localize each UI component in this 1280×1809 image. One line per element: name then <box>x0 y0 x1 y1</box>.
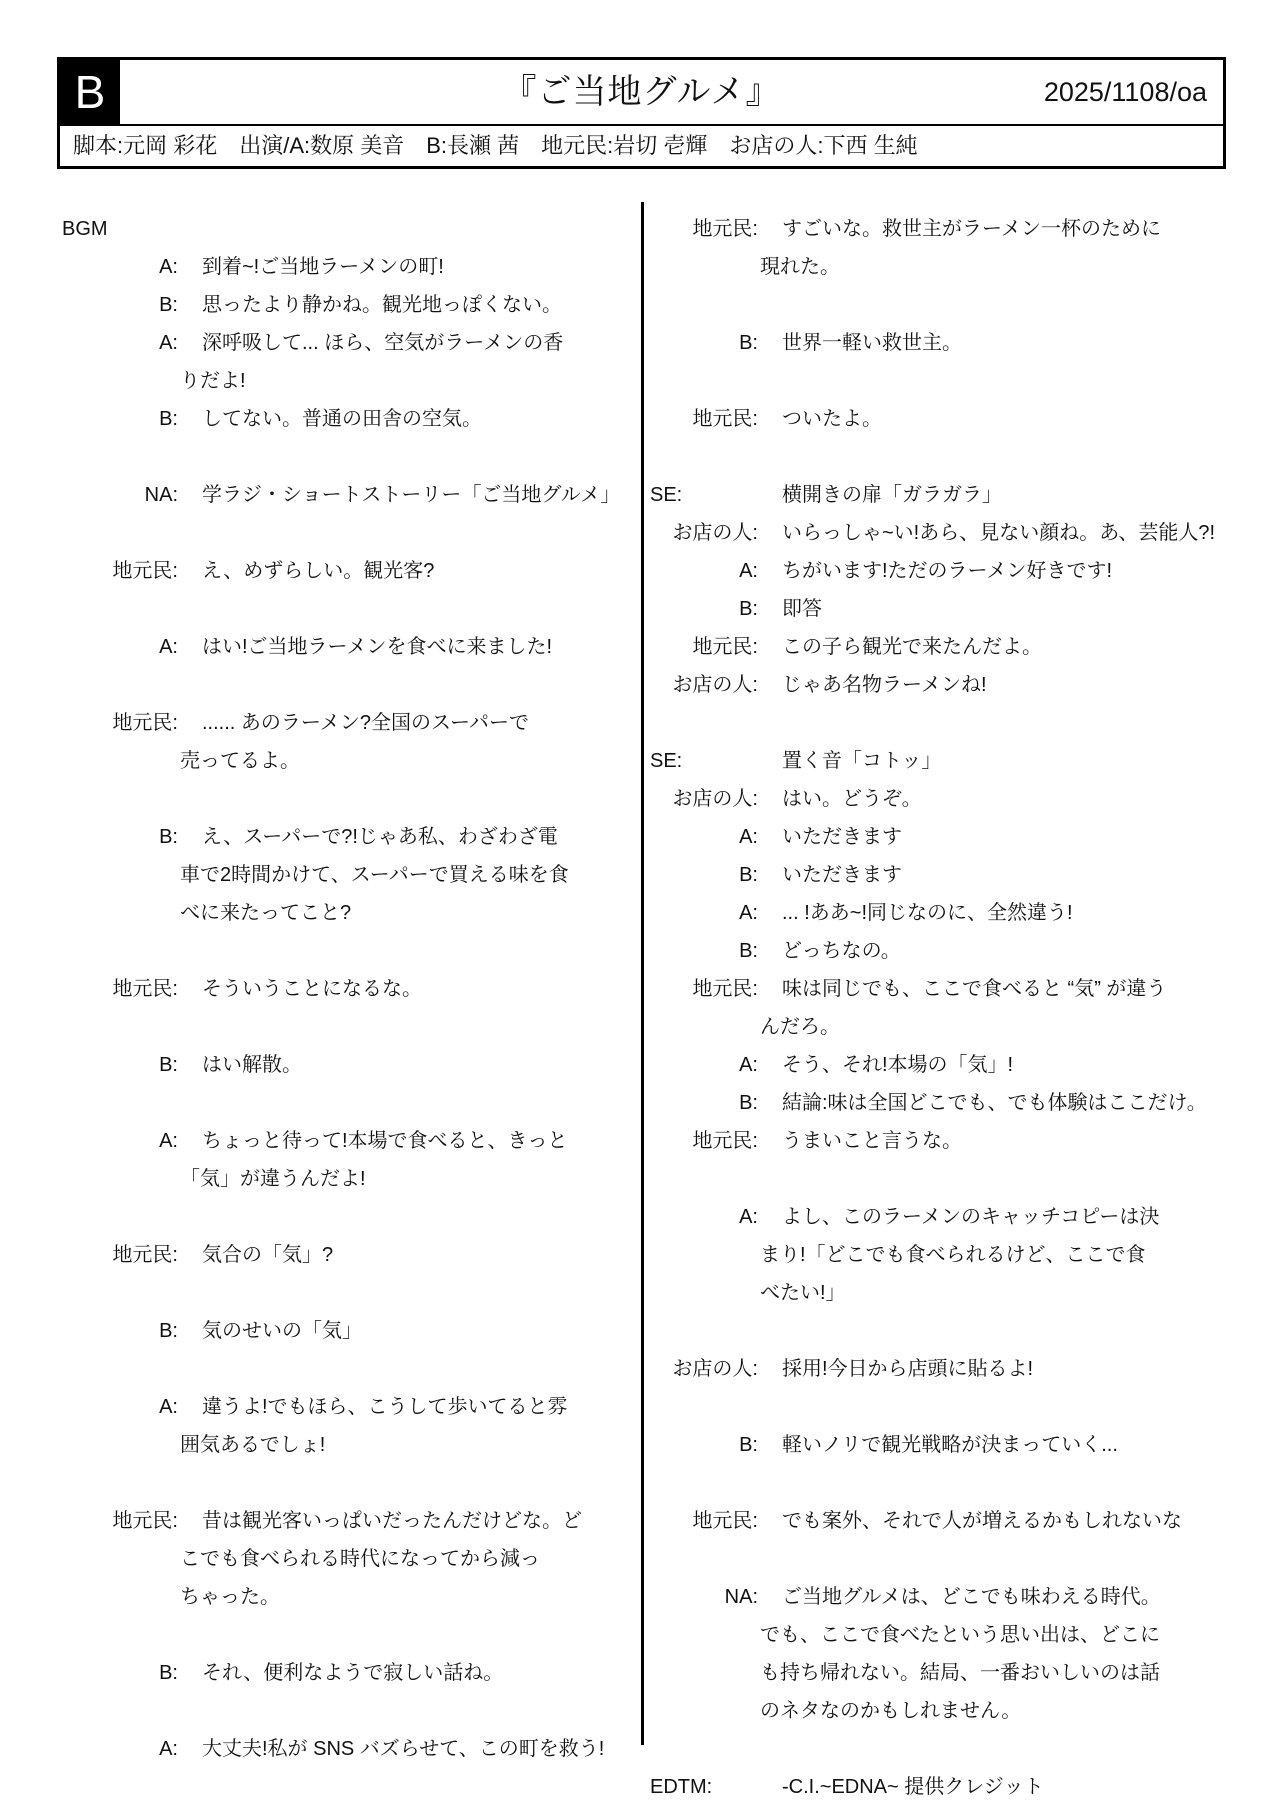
script-column-left: BGMA:到着~!ご当地ラーメンの町!B:思ったより静かね。観光地っぽくない。A… <box>62 210 637 1768</box>
speaker-label: B: <box>650 590 758 628</box>
cue-line: SE:横開きの扉「ガラガラ」 <box>650 476 1216 514</box>
dialogue-text: そういうことになるな。 <box>180 970 637 1008</box>
dialogue-text: この子ら観光で来たんだよ。 <box>760 628 1216 666</box>
speaker-label: SE: <box>650 742 758 780</box>
dialogue-line: 地元民:この子ら観光で来たんだよ。 <box>650 628 1216 666</box>
dialogue-text: そう、それ!本場の「気」! <box>760 1046 1216 1084</box>
dialogue-text: ちょっと待って!本場で食べると、きっと 「気」が違うんだよ! <box>180 1122 637 1198</box>
dialogue-text: はい!ご当地ラーメンを食べに来ました! <box>180 628 637 666</box>
speaker-label: 地元民: <box>62 1502 178 1540</box>
radio-script-page: B 『ご当地グルメ』 2025/1108/oa 脚本:元岡 彩花 出演/A:数原… <box>0 0 1280 1809</box>
dialogue-text: いただきます <box>760 818 1216 856</box>
speaker-label: A: <box>62 1388 178 1426</box>
dialogue-text: 横開きの扉「ガラガラ」 <box>760 476 1216 514</box>
speaker-label: お店の人: <box>650 514 758 552</box>
dialogue-text: うまいこと言うな。 <box>760 1122 1216 1160</box>
header: B 『ご当地グルメ』 2025/1108/oa 脚本:元岡 彩花 出演/A:数原… <box>57 57 1226 169</box>
speaker-label: B: <box>62 1312 178 1350</box>
dialogue-text: 結論:味は全国どこでも、でも体験はここだけ。 <box>760 1084 1216 1122</box>
speaker-label: B: <box>650 856 758 894</box>
dialogue-text: じゃあ名物ラーメンね! <box>760 666 1216 704</box>
dialogue-text: 思ったより静かね。観光地っぽくない。 <box>180 286 637 324</box>
dialogue-line: B:え、スーパーで?!じゃあ私、わざわざ電 車で2時間かけて、スーパーで買える味… <box>62 818 637 932</box>
dialogue-text: ついたよ。 <box>760 400 1216 438</box>
speaker-label: B: <box>650 1084 758 1122</box>
dialogue-text: え、スーパーで?!じゃあ私、わざわざ電 車で2時間かけて、スーパーで買える味を食… <box>180 818 637 932</box>
dialogue-line: 地元民:え、めずらしい。観光客? <box>62 552 637 590</box>
dialogue-line: B:それ、便利なようで寂しい話ね。 <box>62 1654 637 1692</box>
dialogue-line: 地元民:うまいこと言うな。 <box>650 1122 1216 1160</box>
speaker-label: B: <box>650 1426 758 1464</box>
dialogue-line: 地元民:ついたよ。 <box>650 400 1216 438</box>
air-date: 2025/1108/oa <box>1044 60 1207 124</box>
dialogue-line: 地元民:でも案外、それで人が増えるかもしれないな <box>650 1502 1216 1540</box>
dialogue-text: でも案外、それで人が増えるかもしれないな <box>760 1502 1216 1540</box>
dialogue-text: え、めずらしい。観光客? <box>180 552 637 590</box>
dialogue-line: お店の人:はい。どうぞ。 <box>650 780 1216 818</box>
speaker-label: B: <box>62 286 178 324</box>
dialogue-line: A:深呼吸して... ほら、空気がラーメンの香 りだよ! <box>62 324 637 400</box>
dialogue-line: A:ちがいます!ただのラーメン好きです! <box>650 552 1216 590</box>
speaker-label: 地元民: <box>650 210 758 248</box>
dialogue-text: 深呼吸して... ほら、空気がラーメンの香 りだよ! <box>180 324 637 400</box>
dialogue-line: A:そう、それ!本場の「気」! <box>650 1046 1216 1084</box>
dialogue-text: どっちなの。 <box>760 932 1216 970</box>
dialogue-line: B:してない。普通の田舎の空気。 <box>62 400 637 438</box>
dialogue-text: 違うよ!でもほら、こうして歩いてると雰 囲気あるでしょ! <box>180 1388 637 1464</box>
dialogue-line: B:即答 <box>650 590 1216 628</box>
speaker-label: B: <box>62 1046 178 1084</box>
speaker-label: B: <box>62 400 178 438</box>
cue-line: BGM <box>62 210 637 248</box>
speaker-label: 地元民: <box>650 628 758 666</box>
dialogue-line: 地元民:味は同じでも、ここで食べると “気” が違う んだろ。 <box>650 970 1216 1046</box>
script-column-right: 地元民:すごいな。救世主がラーメン一杯のために 現れた。B:世界一軽い救世主。地… <box>650 210 1216 1806</box>
dialogue-line: 地元民:昔は観光客いっぱいだったんだけどな。ど こでも食べられる時代になってから… <box>62 1502 637 1616</box>
speaker-label: 地元民: <box>650 1502 758 1540</box>
speaker-label: B: <box>650 932 758 970</box>
dialogue-text: 置く音「コトッ」 <box>760 742 1216 780</box>
speaker-label: 地元民: <box>62 970 178 1008</box>
dialogue-text: 世界一軽い救世主。 <box>760 324 1216 362</box>
cue-line: EDTM:-C.I.~EDNA~ 提供クレジット <box>650 1768 1216 1806</box>
speaker-label: お店の人: <box>650 666 758 704</box>
dialogue-text: すごいな。救世主がラーメン一杯のために 現れた。 <box>760 210 1216 286</box>
dialogue-text: 気のせいの「気」 <box>180 1312 637 1350</box>
speaker-label: 地元民: <box>650 1122 758 1160</box>
speaker-label: NA: <box>62 476 178 514</box>
dialogue-line: B:結論:味は全国どこでも、でも体験はここだけ。 <box>650 1084 1216 1122</box>
dialogue-line: A:違うよ!でもほら、こうして歩いてると雰 囲気あるでしょ! <box>62 1388 637 1464</box>
dialogue-line: B:思ったより静かね。観光地っぽくない。 <box>62 286 637 324</box>
dialogue-text: ...... あのラーメン?全国のスーパーで 売ってるよ。 <box>180 704 637 780</box>
dialogue-text: ちがいます!ただのラーメン好きです! <box>760 552 1216 590</box>
dialogue-line: お店の人:いらっしゃ~い!あら、見ない顔ね。あ、芸能人?! <box>650 514 1216 552</box>
dialogue-text: 味は同じでも、ここで食べると “気” が違う んだろ。 <box>760 970 1216 1046</box>
dialogue-text: 気合の「気」? <box>180 1236 637 1274</box>
speaker-label: 地元民: <box>62 552 178 590</box>
speaker-label: 地元民: <box>650 970 758 1008</box>
dialogue-text: それ、便利なようで寂しい話ね。 <box>180 1654 637 1692</box>
column-divider <box>641 202 644 1745</box>
dialogue-line: A:はい!ご当地ラーメンを食べに来ました! <box>62 628 637 666</box>
dialogue-line: お店の人:じゃあ名物ラーメンね! <box>650 666 1216 704</box>
dialogue-line: B:はい解散。 <box>62 1046 637 1084</box>
speaker-label: A: <box>650 552 758 590</box>
dialogue-text: いらっしゃ~い!あら、見ない顔ね。あ、芸能人?! <box>760 514 1216 552</box>
dialogue-text: ... !ああ~!同じなのに、全然違う! <box>760 894 1216 932</box>
speaker-label: B: <box>62 1654 178 1692</box>
speaker-label: A: <box>650 1046 758 1084</box>
dialogue-text: 昔は観光客いっぱいだったんだけどな。ど こでも食べられる時代になってから減っ ち… <box>180 1502 637 1616</box>
dialogue-line: A:よし、このラーメンのキャッチコピーは決 まり!「どこでも食べられるけど、ここ… <box>650 1198 1216 1312</box>
dialogue-line: NA:学ラジ・ショートストーリー「ご当地グルメ」 <box>62 476 637 514</box>
header-top-row: B 『ご当地グルメ』 2025/1108/oa <box>60 60 1223 126</box>
dialogue-text: いただきます <box>760 856 1216 894</box>
speaker-label: A: <box>62 1730 178 1768</box>
dialogue-text: よし、このラーメンのキャッチコピーは決 まり!「どこでも食べられるけど、ここで食… <box>760 1198 1216 1312</box>
dialogue-line: 地元民:すごいな。救世主がラーメン一杯のために 現れた。 <box>650 210 1216 286</box>
speaker-label: お店の人: <box>650 780 758 818</box>
dialogue-line: B:世界一軽い救世主。 <box>650 324 1216 362</box>
dialogue-line: A:いただきます <box>650 818 1216 856</box>
cue-line: SE:置く音「コトッ」 <box>650 742 1216 780</box>
speaker-label: A: <box>62 628 178 666</box>
dialogue-line: B:いただきます <box>650 856 1216 894</box>
speaker-label: A: <box>62 248 178 286</box>
dialogue-text: 軽いノリで観光戦略が決まっていく... <box>760 1426 1216 1464</box>
speaker-label: BGM <box>62 210 178 248</box>
speaker-label: 地元民: <box>650 400 758 438</box>
speaker-label: SE: <box>650 476 758 514</box>
speaker-label: お店の人: <box>650 1350 758 1388</box>
speaker-label: EDTM: <box>650 1768 758 1806</box>
dialogue-text: 採用!今日から店頭に貼るよ! <box>760 1350 1216 1388</box>
dialogue-line: 地元民:そういうことになるな。 <box>62 970 637 1008</box>
dialogue-line: B:軽いノリで観光戦略が決まっていく... <box>650 1426 1216 1464</box>
dialogue-text: 大丈夫!私が SNS バズらせて、この町を救う! <box>180 1730 637 1768</box>
dialogue-text: -C.I.~EDNA~ 提供クレジット <box>760 1768 1216 1806</box>
cast-credits: 脚本:元岡 彩花 出演/A:数原 美音 B:長瀬 茜 地元民:岩切 壱輝 お店の… <box>60 126 1223 166</box>
dialogue-text: 即答 <box>760 590 1216 628</box>
dialogue-text: 到着~!ご当地ラーメンの町! <box>180 248 637 286</box>
dialogue-line: A:... !ああ~!同じなのに、全然違う! <box>650 894 1216 932</box>
speaker-label: A: <box>62 1122 178 1160</box>
speaker-label: A: <box>650 1198 758 1236</box>
dialogue-line: A:到着~!ご当地ラーメンの町! <box>62 248 637 286</box>
speaker-label: B: <box>62 818 178 856</box>
speaker-label: B: <box>650 324 758 362</box>
dialogue-text: はい解散。 <box>180 1046 637 1084</box>
speaker-label: 地元民: <box>62 1236 178 1274</box>
dialogue-line: お店の人:採用!今日から店頭に貼るよ! <box>650 1350 1216 1388</box>
speaker-label: 地元民: <box>62 704 178 742</box>
dialogue-text: ご当地グルメは、どこでも味わえる時代。 でも、ここで食べたという思い出は、どこに… <box>760 1578 1216 1730</box>
dialogue-line: A:大丈夫!私が SNS バズらせて、この町を救う! <box>62 1730 637 1768</box>
dialogue-text: してない。普通の田舎の空気。 <box>180 400 637 438</box>
dialogue-line: NA:ご当地グルメは、どこでも味わえる時代。 でも、ここで食べたという思い出は、… <box>650 1578 1216 1730</box>
dialogue-line: 地元民:気合の「気」? <box>62 1236 637 1274</box>
speaker-label: A: <box>650 894 758 932</box>
speaker-label: A: <box>650 818 758 856</box>
dialogue-line: 地元民:...... あのラーメン?全国のスーパーで 売ってるよ。 <box>62 704 637 780</box>
speaker-label: A: <box>62 324 178 362</box>
speaker-label: NA: <box>650 1578 758 1616</box>
dialogue-line: B:どっちなの。 <box>650 932 1216 970</box>
dialogue-text: 学ラジ・ショートストーリー「ご当地グルメ」 <box>180 476 637 514</box>
dialogue-line: B:気のせいの「気」 <box>62 1312 637 1350</box>
dialogue-line: A:ちょっと待って!本場で食べると、きっと 「気」が違うんだよ! <box>62 1122 637 1198</box>
dialogue-text: はい。どうぞ。 <box>760 780 1216 818</box>
